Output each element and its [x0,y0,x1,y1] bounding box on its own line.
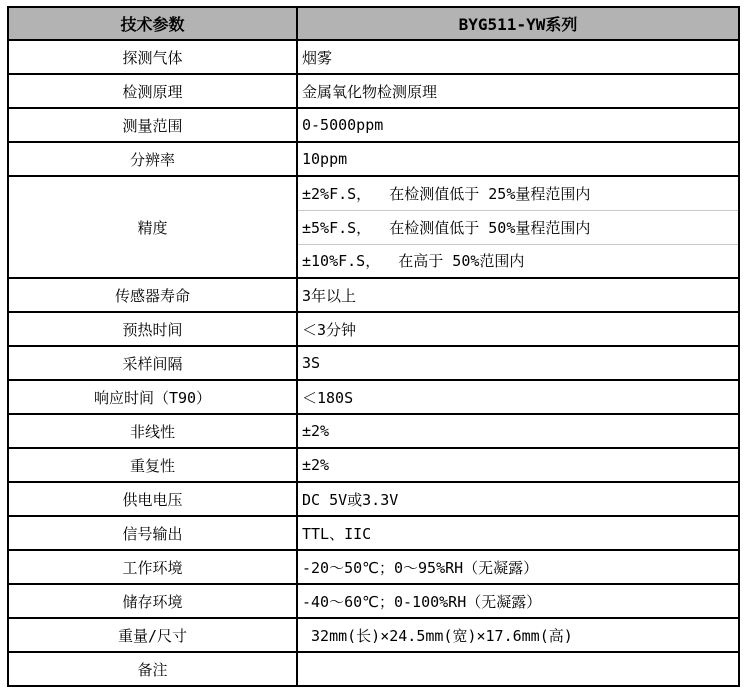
param-value: 10ppm [297,142,739,176]
param-label: 检测原理 [8,74,297,108]
table-row: 工作环境 -20～50℃；0～95%RH（无凝露） [8,550,739,584]
table-row-accuracy: 精度 ±2%F.S， 在检测值低于 25%量程范围内 [8,176,739,210]
param-value: ±2% [297,448,739,482]
param-label: 探测气体 [8,40,297,74]
param-label: 供电电压 [8,482,297,516]
param-value: -40～60℃；0-100%RH（无凝露） [297,584,739,618]
table-row: 储存环境 -40～60℃；0-100%RH（无凝露） [8,584,739,618]
param-value: ＜180S [297,380,739,414]
param-label: 精度 [8,176,297,278]
param-label: 储存环境 [8,584,297,618]
param-label: 预热时间 [8,312,297,346]
param-label: 重量/尺寸 [8,618,297,652]
param-value: ±5%F.S， 在检测值低于 50%量程范围内 [297,210,739,244]
param-label: 工作环境 [8,550,297,584]
table-row: 分辨率 10ppm [8,142,739,176]
param-label: 分辨率 [8,142,297,176]
table-row: 非线性 ±2% [8,414,739,448]
param-label: 备注 [8,652,297,686]
table-row: 采样间隔 3S [8,346,739,380]
param-value: 3S [297,346,739,380]
table-row: 重量/尺寸 32mm(长)×24.5mm(宽)×17.6mm(高) [8,618,739,652]
param-label: 信号输出 [8,516,297,550]
table-row: 备注 [8,652,739,686]
param-value: -20～50℃；0～95%RH（无凝露） [297,550,739,584]
param-label: 非线性 [8,414,297,448]
param-value: 烟雾 [297,40,739,74]
table-row: 重复性 ±2% [8,448,739,482]
param-value: 0-5000ppm [297,108,739,142]
param-value: 3年以上 [297,278,739,312]
param-value: 32mm(长)×24.5mm(宽)×17.6mm(高) [297,618,739,652]
param-label: 重复性 [8,448,297,482]
param-label: 响应时间（T90） [8,380,297,414]
table-row: 传感器寿命 3年以上 [8,278,739,312]
table-row: 响应时间（T90） ＜180S [8,380,739,414]
header-cell-parameters: 技术参数 [8,7,297,40]
spec-sheet-page: 技术参数 BYG511-YW系列 探测气体 烟雾 检测原理 金属氧化物检测原理 … [0,0,750,693]
param-value [297,652,739,686]
param-value: ±2% [297,414,739,448]
param-label: 采样间隔 [8,346,297,380]
table-row: 探测气体 烟雾 [8,40,739,74]
param-label: 测量范围 [8,108,297,142]
table-row: 预热时间 ＜3分钟 [8,312,739,346]
table-row: 供电电压 DC 5V或3.3V [8,482,739,516]
table-row: 测量范围 0-5000ppm [8,108,739,142]
param-value: ＜3分钟 [297,312,739,346]
param-label: 传感器寿命 [8,278,297,312]
param-value: 金属氧化物检测原理 [297,74,739,108]
spec-table: 技术参数 BYG511-YW系列 探测气体 烟雾 检测原理 金属氧化物检测原理 … [7,6,740,687]
param-value: DC 5V或3.3V [297,482,739,516]
table-row: 检测原理 金属氧化物检测原理 [8,74,739,108]
header-row: 技术参数 BYG511-YW系列 [8,7,739,40]
param-value: TTL、IIC [297,516,739,550]
param-value: ±2%F.S， 在检测值低于 25%量程范围内 [297,176,739,210]
header-cell-series: BYG511-YW系列 [297,7,739,40]
param-value: ±10%F.S， 在高于 50%范围内 [297,244,739,278]
table-row: 信号输出 TTL、IIC [8,516,739,550]
